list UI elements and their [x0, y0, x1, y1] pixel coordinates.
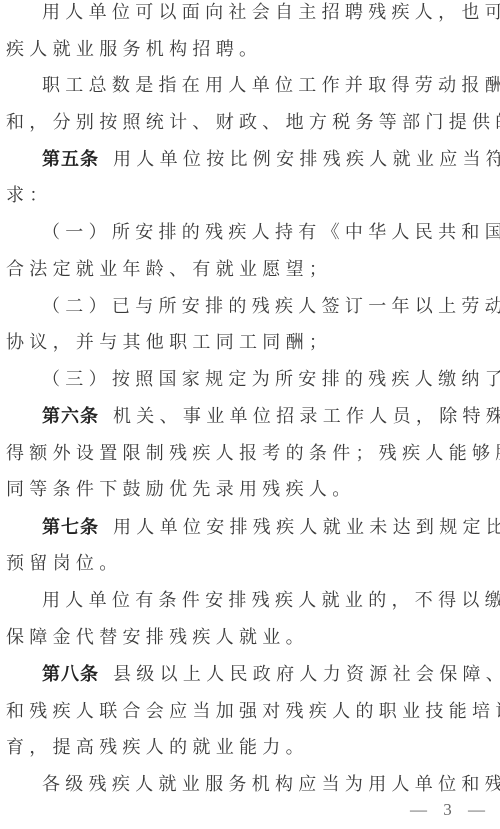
line-text: 用人单位可以面向社会自主招聘残疾人，也可以通过当地残: [42, 2, 500, 23]
line-text: 用人单位按比例安排残疾人就业应当符合下列要: [113, 149, 500, 170]
line-text: 机关、事业单位招录工作人员，除特殊岗位外，不: [113, 406, 500, 427]
line-text: 用人单位有条件安排残疾人就业的，不得以缴纳残疾人就业: [42, 590, 500, 611]
line-text: 协议，并与其他职工同工同酬；: [6, 332, 332, 353]
paragraph-line: 用人单位有条件安排残疾人就业的，不得以缴纳残疾人就业: [42, 589, 496, 613]
article-paragraph-line: 第六条机关、事业单位招录工作人员，除特殊岗位外，不: [42, 405, 496, 429]
article-heading: 第六条: [42, 406, 99, 427]
document-page: 用人单位可以面向社会自主招聘残疾人，也可以通过当地残疾人就业服务机构招聘。职工总…: [0, 0, 500, 829]
paragraph-line: 各级残疾人就业服务机构应当为用人单位和残疾人免费提供: [42, 773, 496, 797]
paragraph-line: 用人单位可以面向社会自主招聘残疾人，也可以通过当地残: [42, 1, 496, 25]
line-text: 县级以上人民政府人力资源社会保障、教育等部门: [113, 664, 500, 685]
line-text: 预留岗位。: [6, 553, 123, 574]
line-text: 和，分别按照统计、财政、地方税务等部门提供的人数核定。: [6, 112, 500, 133]
paragraph-line: （二）已与所安排的残疾人签订一年以上劳动合同或者服务: [42, 295, 496, 319]
paragraph-line: 求：: [6, 184, 496, 208]
paragraph-line: （三）按照国家规定为所安排的残疾人缴纳了社会保险费。: [42, 368, 496, 392]
article-heading: 第五条: [42, 149, 99, 170]
article-heading: 第七条: [42, 517, 99, 538]
line-text: 求：: [6, 185, 53, 206]
paragraph-line: 和，分别按照统计、财政、地方税务等部门提供的人数核定。: [6, 111, 496, 135]
line-text: 职工总数是指在用人单位工作并取得劳动报酬的各类人员之: [42, 75, 500, 96]
paragraph-line: 协议，并与其他职工同工同酬；: [6, 331, 496, 355]
line-text: 同等条件下鼓励优先录用残疾人。: [6, 479, 356, 500]
line-text: （二）已与所安排的残疾人签订一年以上劳动合同或者服务: [42, 296, 500, 317]
line-text: 合法定就业年龄、有就业愿望；: [6, 259, 332, 280]
article-paragraph-line: 第七条用人单位安排残疾人就业未达到规定比例的，应当: [42, 516, 496, 540]
paragraph-line: 保障金代替安排残疾人就业。: [6, 626, 496, 650]
page-number: — 3 —: [410, 800, 491, 820]
line-text: 用人单位安排残疾人就业未达到规定比例的，应当: [113, 517, 500, 538]
paragraph-line: 得额外设置限制残疾人报考的条件；残疾人能够胜任的岗位，在: [6, 442, 496, 466]
line-text: 育，提高残疾人的就业能力。: [6, 737, 309, 758]
paragraph-line: 育，提高残疾人的就业能力。: [6, 736, 496, 760]
article-paragraph-line: 第五条用人单位按比例安排残疾人就业应当符合下列要: [42, 148, 496, 172]
line-text: （三）按照国家规定为所安排的残疾人缴纳了社会保险费。: [42, 369, 500, 390]
paragraph-line: 合法定就业年龄、有就业愿望；: [6, 258, 496, 282]
paragraph-line: 预留岗位。: [6, 552, 496, 576]
line-text: 各级残疾人就业服务机构应当为用人单位和残疾人免费提供: [42, 774, 500, 795]
line-text: 得额外设置限制残疾人报考的条件；残疾人能够胜任的岗位，在: [6, 443, 500, 464]
article-heading: 第八条: [42, 664, 99, 685]
paragraph-line: （一）所安排的残疾人持有《中华人民共和国残疾人证》、符: [42, 221, 496, 245]
article-paragraph-line: 第八条县级以上人民政府人力资源社会保障、教育等部门: [42, 663, 496, 687]
paragraph-line: 职工总数是指在用人单位工作并取得劳动报酬的各类人员之: [42, 74, 496, 98]
line-text: （一）所安排的残疾人持有《中华人民共和国残疾人证》、符: [42, 222, 500, 243]
line-text: 保障金代替安排残疾人就业。: [6, 627, 309, 648]
paragraph-line: 疾人就业服务机构招聘。: [6, 38, 496, 62]
paragraph-line: 和残疾人联合会应当加强对残疾人的职业技能培训和择业观念教: [6, 700, 496, 724]
line-text: 和残疾人联合会应当加强对残疾人的职业技能培训和择业观念教: [6, 701, 500, 722]
line-text: 疾人就业服务机构招聘。: [6, 39, 262, 60]
paragraph-line: 同等条件下鼓励优先录用残疾人。: [6, 478, 496, 502]
